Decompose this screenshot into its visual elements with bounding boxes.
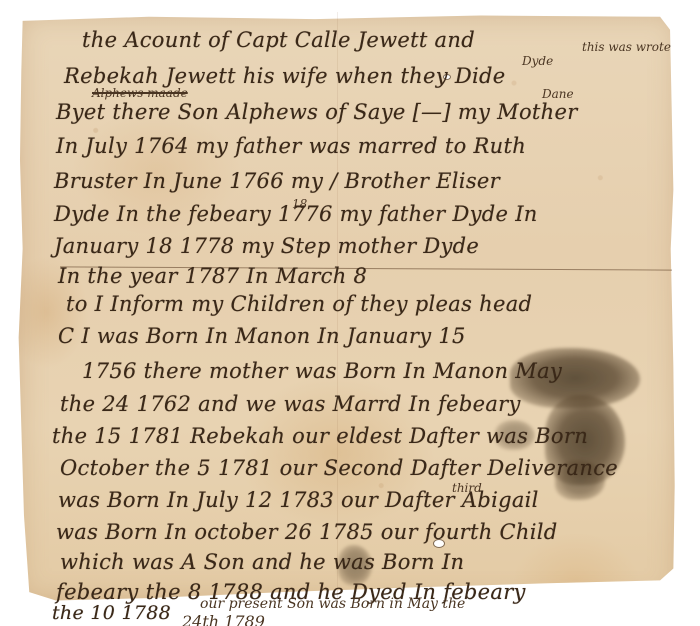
struck-note: Alphews maade bbox=[92, 86, 188, 100]
interlinear-note: Dyde bbox=[522, 54, 553, 68]
text-line: was Born In July 12 1783 our Dafter Abig… bbox=[58, 488, 539, 512]
text-line: the 10 1788 bbox=[52, 602, 171, 624]
interlinear-note: our present Son was Born in May the bbox=[200, 596, 465, 612]
text-line: the 24 1762 and we was Marrd In febeary bbox=[60, 392, 521, 416]
text-line: C I was Born In Manon In January 15 bbox=[58, 324, 466, 348]
text-line: which was A Son and he was Born In bbox=[60, 550, 464, 574]
text-line: Rebekah Jewett his wife when they Dide bbox=[64, 64, 506, 88]
text-line: was Born In october 26 1785 our fourth C… bbox=[56, 520, 558, 544]
text-line: In the year 1787 In March 8 bbox=[58, 264, 367, 288]
interlinear-note: this was wrote bbox=[582, 40, 671, 54]
text-line: Byet there Son Alphews of Saye [—] my Mo… bbox=[56, 100, 578, 124]
text-line: 1756 there mother was Born In Manon May bbox=[82, 359, 562, 383]
text-line: the Acount of Capt Calle Jewett and bbox=[82, 28, 475, 52]
interlinear-note: Dane bbox=[542, 87, 574, 101]
text-line: January 18 1778 my Step mother Dyde bbox=[54, 234, 479, 258]
text-line: Dyde In the febeary 1776 my father Dyde … bbox=[54, 202, 538, 226]
text-line: to I Inform my Children of they pleas he… bbox=[66, 292, 532, 316]
text-line: Bruster In June 1766 my / Brother Eliser bbox=[54, 169, 500, 193]
text-line: October the 5 1781 our Second Dafter Del… bbox=[60, 456, 618, 480]
interlinear-note: 24th 1789 bbox=[182, 612, 265, 626]
text-line: In July 1764 my father was marred to Rut… bbox=[56, 134, 526, 158]
text-line: the 15 1781 Rebekah our eldest Dafter wa… bbox=[52, 424, 588, 448]
